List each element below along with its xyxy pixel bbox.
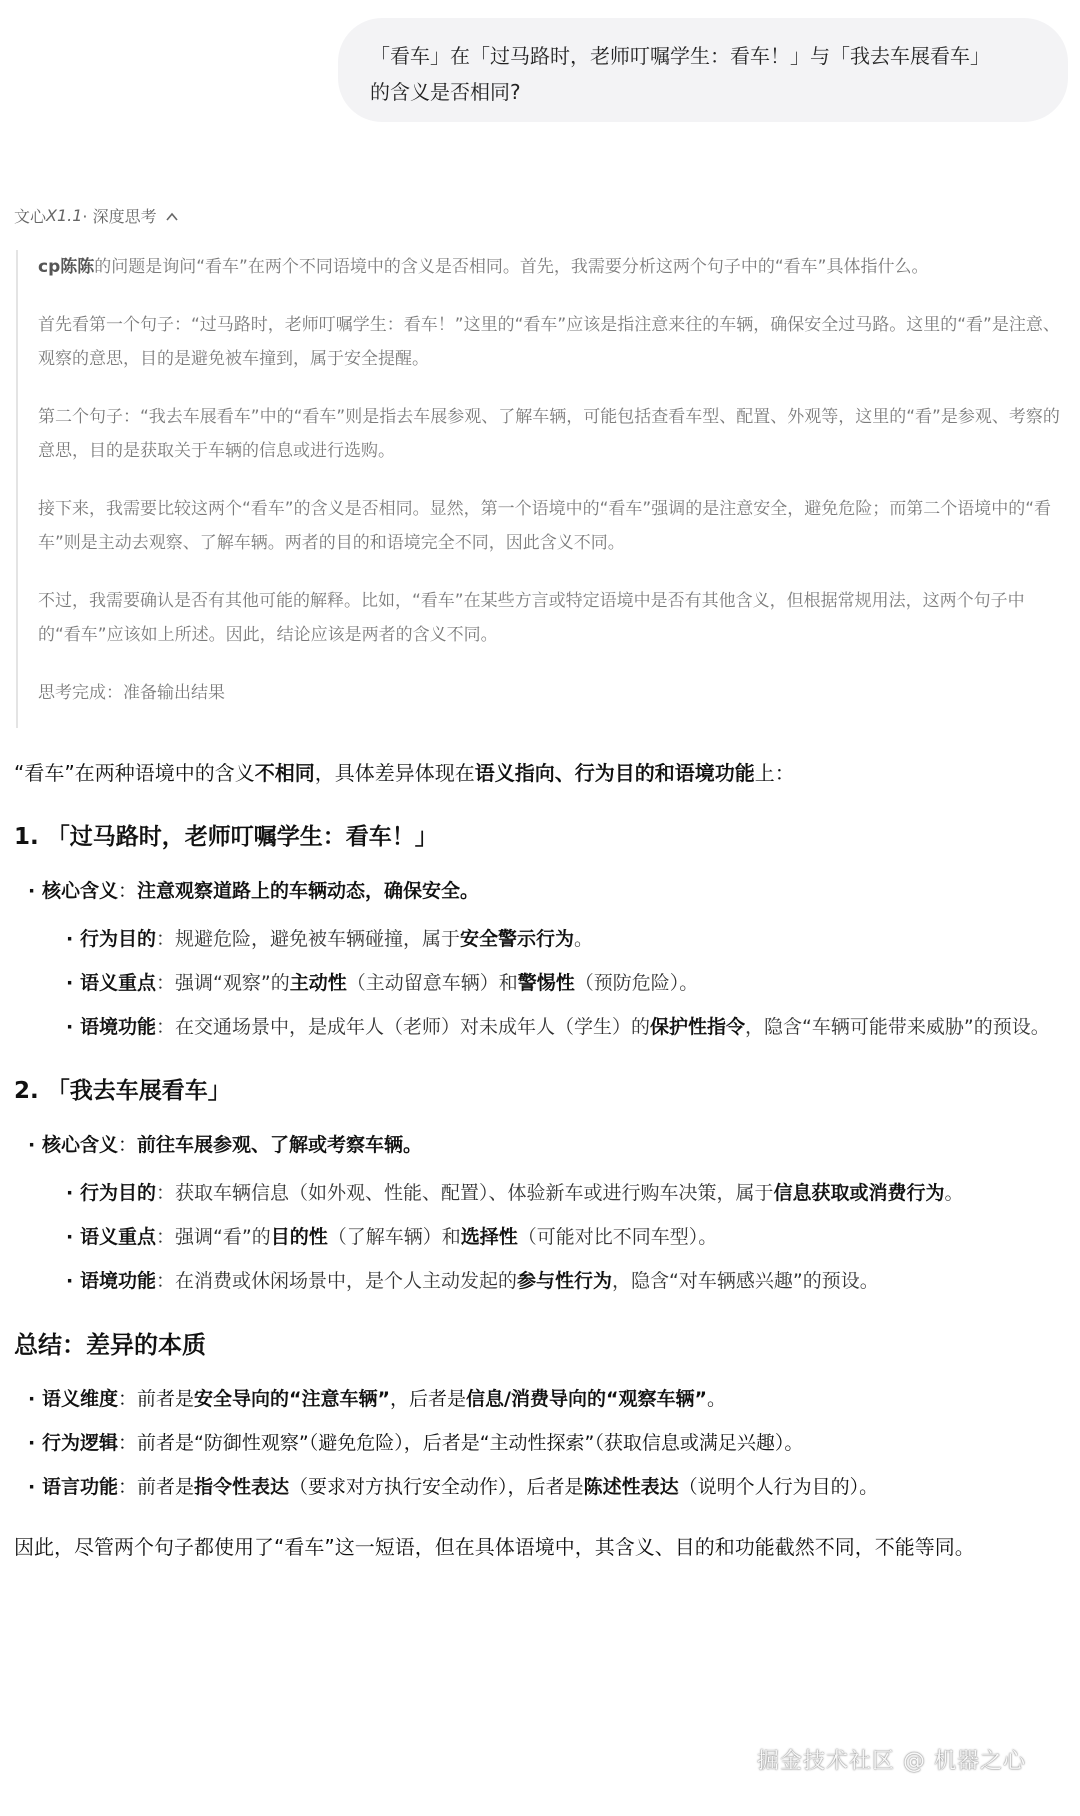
thinking-paragraph: 第二个句子：“我去车展看车”中的“看车”则是指去车展参观、了解车辆，可能包括查看…	[38, 400, 1066, 468]
watermark: 掘金技术社区 @ 机器之心	[757, 1744, 1026, 1775]
answer-content: “看车”在两种语境中的含义不相同，具体差异体现在语义指向、行为目的和语境功能上：…	[14, 755, 1070, 1565]
user-name: cp陈陈	[38, 257, 94, 277]
thinking-paragraph: 不过，我需要确认是否有其他可能的解释。比如，“看车”在某些方言或特定语境中是否有…	[38, 584, 1066, 652]
user-message-line1: 「看车」在「过马路时，老师叮嘱学生：看车！」与「我去车展看车」	[370, 38, 1038, 74]
chevron-up-icon[interactable]	[165, 209, 179, 223]
thinking-paragraph: 首先看第一个句子：“过马路时，老师叮嘱学生：看车！”这里的“看车”应该是指注意来…	[38, 308, 1066, 376]
list-item: 语义重点：强调“观察”的主动性（主动留意车辆）和警惕性（预防危险）。	[14, 965, 1070, 1001]
thinking-toggle[interactable]: 文心 X1.1 · 深度思考	[14, 204, 179, 227]
summary-item: 语义维度：前者是安全导向的“注意车辆”，后者是信息/消费导向的“观察车辆”。	[14, 1381, 1070, 1417]
summary-title: 总结：差异的本质	[14, 1327, 1070, 1363]
summary-item: 语言功能：前者是指令性表达（要求对方执行安全动作），后者是陈述性表达（说明个人行…	[14, 1469, 1070, 1505]
thinking-header-suffix: · 深度思考	[82, 204, 156, 227]
list-item: 语义重点：强调“看”的目的性（了解车辆）和选择性（可能对比不同车型）。	[14, 1219, 1070, 1255]
answer-lead: “看车”在两种语境中的含义不相同，具体差异体现在语义指向、行为目的和语境功能上：	[14, 755, 1070, 791]
user-message-bubble: 「看车」在「过马路时，老师叮嘱学生：看车！」与「我去车展看车」 的含义是否相同?	[338, 18, 1068, 122]
core-meaning-item: 核心含义：前往车展参观、了解或考察车辆。	[14, 1127, 1070, 1163]
thinking-header-prefix: 文心	[14, 204, 46, 227]
thinking-done-status: 思考完成：准备输出结果	[38, 676, 1066, 710]
section-title-1: 1. 「过马路时，老师叮嘱学生：看车！」	[14, 819, 1070, 855]
thinking-content: cp陈陈的问题是询问“看车”在两个不同语境中的含义是否相同。首先，我需要分析这两…	[16, 250, 1066, 728]
summary-item: 行为逻辑：前者是“防御性观察”（避免危险），后者是“主动性探索”（获取信息或满足…	[14, 1425, 1070, 1461]
list-item: 语境功能：在消费或休闲场景中，是个人主动发起的参与性行为，隐含“对车辆感兴趣”的…	[14, 1263, 1070, 1299]
list-item: 行为目的：获取车辆信息（如外观、性能、配置）、体验新车或进行购车决策，属于信息获…	[14, 1175, 1070, 1211]
section-title-2: 2. 「我去车展看车」	[14, 1073, 1070, 1109]
thinking-paragraph: 接下来，我需要比较这两个“看车”的含义是否相同。显然，第一个语境中的“看车”强调…	[38, 492, 1066, 560]
user-message-line2: 的含义是否相同?	[370, 74, 1038, 110]
list-item: 语境功能：在交通场景中，是成年人（老师）对未成年人（学生）的保护性指令，隐含“车…	[14, 1009, 1070, 1045]
conclusion-paragraph: 因此，尽管两个句子都使用了“看车”这一短语，但在具体语境中，其含义、目的和功能截…	[14, 1529, 1064, 1565]
core-meaning-item: 核心含义：注意观察道路上的车辆动态，确保安全。	[14, 873, 1070, 909]
list-item: 行为目的：规避危险，避免被车辆碰撞，属于安全警示行为。	[14, 921, 1070, 957]
model-name: X1.1	[46, 206, 82, 225]
thinking-paragraph: cp陈陈的问题是询问“看车”在两个不同语境中的含义是否相同。首先，我需要分析这两…	[38, 250, 1066, 284]
